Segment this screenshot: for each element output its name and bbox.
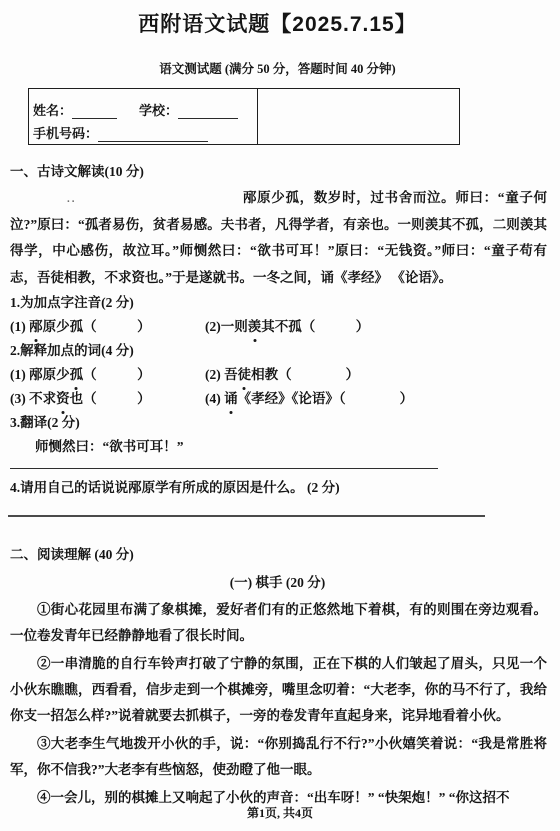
reading-paragraph-1: ①街心花园里布满了象棋摊，爱好者们有的正悠然地下着棋，有的则围在旁边观看。一位卷… bbox=[10, 597, 547, 649]
reading-paragraph-3: ③大老李生气地拨开小伙的手，说：“你别捣乱行不行?”小伙嬉笑着说：“我是常胜将军… bbox=[10, 731, 547, 783]
emphasis-dotted-char: 资 bbox=[56, 387, 70, 411]
q2-item-4: (4) 诵《孝经》《论语》（ ） bbox=[205, 387, 545, 411]
classical-passage: 邴原少孤，数岁时，过书舍而泣。师曰：“童子何泣?”原曰：“孤者易伤，贫者易感。夫… bbox=[10, 185, 547, 291]
emphasis-dotted-char: 孤 bbox=[70, 363, 84, 387]
name-label: 姓名： bbox=[33, 100, 72, 119]
text-segment: 原少孤（ ） bbox=[43, 319, 151, 334]
q4-heading: 4.请用自己的话说说邴原学有所成的原因是什么。 (2 分) bbox=[10, 476, 545, 500]
phone-row: 手机号码： bbox=[33, 119, 257, 142]
school-blank-line bbox=[178, 105, 238, 119]
section2-heading: 二、阅读理解 (40 分) bbox=[10, 543, 545, 567]
q1-heading: 1.为加点字注音(2 分) bbox=[10, 291, 545, 315]
text-segment: (4) bbox=[205, 391, 224, 406]
page-title: 西附语文试题【2025.7.15】 bbox=[10, 12, 545, 38]
text-segment: 也（ ） bbox=[70, 391, 151, 406]
name-blank-line bbox=[72, 105, 117, 119]
q1-item-2: (2)一则羡其不孤（ ） bbox=[205, 315, 545, 339]
student-info-box: 姓名： 学校： 手机号码： bbox=[28, 88, 460, 145]
reading-paragraph-2: ②一串清脆的自行车铃声打破了宁静的氛围，正在下棋的人们皱起了眉头，只见一个小伙东… bbox=[10, 651, 547, 729]
q2-items-row-2: (3) 不求资也（ ） (4) 诵《孝经》《论语》（ ） bbox=[10, 387, 545, 411]
answer-line bbox=[10, 468, 438, 469]
q3-heading: 3.翻译(2 分) bbox=[10, 411, 545, 435]
emphasis-dotted-char: 诵 bbox=[224, 387, 238, 411]
page-content: 西附语文试题【2025.7.15】 语文测试题 (满分 50 分，答题时间 40… bbox=[0, 0, 560, 811]
school-label: 学校： bbox=[139, 100, 178, 119]
q2-heading: 2.解释加点的词(4 分) bbox=[10, 339, 545, 363]
phone-blank-line bbox=[98, 128, 208, 142]
text-segment: (1) bbox=[10, 319, 29, 334]
stray-scan-mark: .. bbox=[67, 193, 77, 205]
answer-line bbox=[8, 515, 485, 517]
name-school-row: 姓名： 学校： bbox=[33, 96, 257, 119]
exam-page: 西附语文试题【2025.7.15】 语文测试题 (满分 50 分，答题时间 40… bbox=[0, 0, 560, 831]
text-segment: (2)一则 bbox=[205, 319, 248, 334]
emphasis-dotted-char: 徒 bbox=[238, 363, 252, 387]
text-segment: 《孝经》《论语》（ ） bbox=[238, 391, 414, 406]
q2-item-2: (2) 吾徒相教（ ） bbox=[205, 363, 545, 387]
emphasis-dotted-char: 邴 bbox=[29, 315, 43, 339]
q1-item-1: (1) 邴原少孤（ ） bbox=[10, 315, 205, 339]
text-segment: (2) 吾 bbox=[205, 367, 238, 382]
q2-item-1: (1) 邴原少孤（ ） bbox=[10, 363, 205, 387]
student-info-fields: 姓名： 学校： 手机号码： bbox=[29, 89, 258, 144]
emphasis-dotted-char: 羡 bbox=[248, 315, 262, 339]
q2-items-row-1: (1) 邴原少孤（ ） (2) 吾徒相教（ ） bbox=[10, 363, 545, 387]
text-segment: 相教（ ） bbox=[251, 367, 359, 382]
q1-items-row: (1) 邴原少孤（ ） (2)一则羡其不孤（ ） bbox=[10, 315, 545, 339]
classical-passage-block: .. 邴原少孤，数岁时，过书舍而泣。师曰：“童子何泣?”原曰：“孤者易伤，贫者易… bbox=[10, 185, 545, 291]
exam-subtitle: 语文测试题 (满分 50 分，答题时间 40 分钟) bbox=[10, 61, 545, 77]
q2-item-3: (3) 不求资也（ ） bbox=[10, 387, 205, 411]
q3-sentence-to-translate: 师恻然曰：“欲书可耳！” bbox=[35, 435, 545, 459]
phone-label: 手机号码： bbox=[33, 123, 98, 142]
text-segment: (1) 邴原少 bbox=[10, 367, 70, 382]
page-number-indicator: 第1页, 共4页 bbox=[0, 806, 560, 820]
reading-passage-title: (一) 棋手 (20 分) bbox=[10, 571, 545, 595]
text-segment: （ ） bbox=[83, 367, 151, 382]
text-segment: (3) 不求 bbox=[10, 391, 56, 406]
text-segment: 其不孤（ ） bbox=[261, 319, 369, 334]
section1-heading: 一、古诗文解读(10 分) bbox=[10, 162, 545, 182]
info-box-empty-cell bbox=[258, 89, 459, 144]
